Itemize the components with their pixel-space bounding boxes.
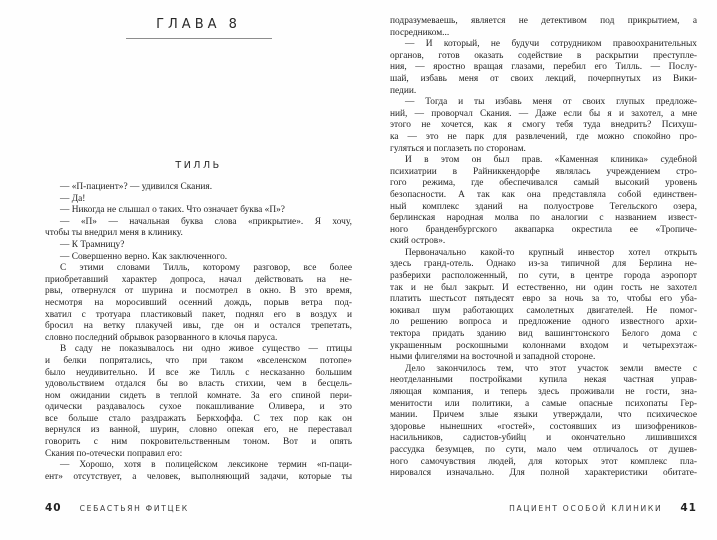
text-line: чтобы ты внедрил меня в клинику.: [45, 228, 352, 240]
text-line: — К Трамницу?: [45, 240, 352, 252]
right-page-number: 41: [680, 502, 697, 514]
paragraph: Дело закончилось тем, что этот участок з…: [390, 364, 697, 480]
text-line: менитости или политики, а самые опасные …: [390, 399, 697, 411]
paragraph: — Никогда не слышал о таких. Что означае…: [45, 205, 352, 217]
text-line: гуляться и поглазеть по сторонам.: [390, 144, 697, 156]
text-line: вернулся из ванной, шурин, словно опекая…: [45, 425, 352, 437]
text-line: ка — это не парк для развлечений, где мо…: [390, 132, 697, 144]
text-line: было неудивительно. И все же Тилль с нес…: [45, 368, 352, 380]
chapter-heading: Глава 8: [45, 17, 352, 39]
text-line: посредником...: [390, 28, 697, 40]
text-line: разберихи расположенный, по сути, в цент…: [390, 271, 697, 283]
text-line: платить шестьсот пятьдесят евро за ночь …: [390, 294, 697, 306]
left-page-body-text: — «П-пациент»? — удивился Скания.— Да!— …: [45, 182, 352, 483]
paragraph: — К Трамницу?: [45, 240, 352, 252]
text-line: говорить с ним покровительственным тоном…: [45, 437, 352, 449]
text-line: словно последний обрывок разорванного в …: [45, 333, 352, 345]
text-line: и белки попрятались, что при таком «всел…: [45, 356, 352, 368]
text-line: шай, избавь меня от своих лекций, почерп…: [390, 74, 697, 86]
text-line: психиатрии в Райниккендорфе являлась учр…: [390, 167, 697, 179]
text-line: — И который, не будучи сотрудником право…: [390, 39, 697, 51]
text-line: — Хорошо, хотя в полицейском лексиконе т…: [45, 460, 352, 472]
text-line: ного бранденбургского аквапарка окрестил…: [390, 225, 697, 237]
text-line: берлинская народная молва по аналогии с …: [390, 213, 697, 225]
text-line: нировался изначально. Для полной характе…: [390, 468, 697, 480]
text-line: — «П-пациент»? — удивился Скания.: [45, 182, 352, 194]
text-line: — Никогда не слышал о таких. Что означае…: [45, 205, 352, 217]
text-line: бросил на ветку плакучей ивы, где он и о…: [45, 321, 352, 333]
text-line: здесь гранд-отель. Однако из-за типичной…: [390, 259, 697, 271]
text-line: подразумеваешь, является не детективом п…: [390, 16, 697, 28]
page-left: Глава 8 Тилль — «П-пациент»? — удивился …: [45, 0, 352, 540]
paragraph: Первоначально какой-то крупный инвестор …: [390, 248, 697, 364]
text-line: одически раздавалось сухое покашливание …: [45, 402, 352, 414]
text-line: ло решению вопроса и предложение одного …: [390, 317, 697, 329]
paragraph: С этими словами Тилль, которому разговор…: [45, 263, 352, 344]
text-line: ний, — проворчал Скания. — Даже если бы …: [390, 109, 697, 121]
text-line: мании. Причем злые языки утверждали, что…: [390, 410, 697, 422]
text-line: украшенным роскошными колоннами входом и…: [390, 341, 697, 353]
right-page-body-text: подразумеваешь, является не детективом п…: [390, 16, 697, 480]
text-line: — Тогда и ты избавь меня от своих глупых…: [390, 97, 697, 109]
text-line: удовольствием отдался бы во власть стихи…: [45, 379, 352, 391]
section-title: Тилль: [45, 160, 352, 171]
chapter-title: Глава 8: [45, 17, 352, 32]
text-line: ния, — яростно вращая глазами, перебил е…: [390, 62, 697, 74]
text-line: рассудка безумцев, по сути, мало чем отл…: [390, 445, 697, 457]
text-line: С этими словами Тилль, которому разговор…: [45, 263, 352, 275]
text-line: приобретавший характер допроса, начал де…: [45, 275, 352, 287]
text-line: ного самочувствия людей, для которых это…: [390, 457, 697, 469]
text-line: рвы, отвернулся от шурина и посмотрел в …: [45, 286, 352, 298]
left-running-title: Себастьян Фитцек: [80, 504, 189, 513]
right-page-footer: Пациент особой клиники 41: [390, 502, 697, 514]
text-line: Скания по-отечески поправил его:: [45, 449, 352, 461]
paragraph: — Да!: [45, 194, 352, 206]
paragraph: В саду не показывалось ни одно живое сущ…: [45, 344, 352, 460]
chapter-rule-divider: [126, 38, 272, 39]
text-line: ными флигелями на восточной и западной с…: [390, 352, 697, 364]
text-line: В саду не показывалось ни одно живое сущ…: [45, 344, 352, 356]
text-line: неотделанными постройками купила некая ч…: [390, 375, 697, 387]
text-line: — Да!: [45, 194, 352, 206]
text-line: здоровье нынешних «гостей», состоявших и…: [390, 422, 697, 434]
text-line: Первоначально какой-то крупный инвестор …: [390, 248, 697, 260]
text-line: так и не был закрыт. И естественно, ни о…: [390, 283, 697, 295]
left-page-number: 40: [45, 502, 62, 514]
paragraph: подразумеваешь, является не детективом п…: [390, 16, 697, 39]
paragraph: — «П» — начальная буква слова «прикрытие…: [45, 217, 352, 240]
text-line: ном ожидании сидеть в теплой комнате. За…: [45, 391, 352, 403]
text-line: все больше стало раздражать Беркхоффа. С…: [45, 414, 352, 426]
text-line: — Совершенно верно. Как заключенного.: [45, 252, 352, 264]
text-line: тектора придать зданию вид вашингтонског…: [390, 329, 697, 341]
text-line: педии.: [390, 86, 697, 98]
text-line: насильников, садистов-убийц и окончатель…: [390, 433, 697, 445]
paragraph: — Хорошо, хотя в полицейском лексиконе т…: [45, 460, 352, 483]
paragraph: — И который, не будучи сотрудником право…: [390, 39, 697, 97]
text-line: — «П» — начальная буква слова «прикрытие…: [45, 217, 352, 229]
paragraph: — Совершенно верно. Как заключенного.: [45, 252, 352, 264]
paragraph: — «П-пациент»? — удивился Скания.: [45, 182, 352, 194]
text-line: ский остров».: [390, 236, 697, 248]
paragraph: — Тогда и ты избавь меня от своих глупых…: [390, 97, 697, 155]
text-line: юкивал шум работающих самолетных двигате…: [390, 306, 697, 318]
right-running-title: Пациент особой клиники: [509, 504, 662, 513]
text-line: И в этом он был прав. «Каменная клиника»…: [390, 155, 697, 167]
text-line: несмотря на моросивший осенний дождь, по…: [45, 298, 352, 310]
left-page-footer: 40 Себастьян Фитцек: [45, 502, 352, 514]
text-line: этого не хочется, как я смогу тебя туда …: [390, 120, 697, 132]
book-spread: Глава 8 Тилль — «П-пациент»? — удивился …: [0, 0, 717, 540]
text-line: ный комплекс зданий на полуострове Тегел…: [390, 202, 697, 214]
text-line: хватил с тротуара пластиковый пакет, под…: [45, 310, 352, 322]
text-line: органов, готов оказать содействие в раск…: [390, 51, 697, 63]
text-line: гого режима, где обеспечивался самый выс…: [390, 178, 697, 190]
paragraph: И в этом он был прав. «Каменная клиника»…: [390, 155, 697, 248]
text-line: ляющая компания, и теперь здесь проживал…: [390, 387, 697, 399]
text-line: Дело закончилось тем, что этот участок з…: [390, 364, 697, 376]
page-right: подразумеваешь, является не детективом п…: [390, 0, 697, 540]
text-line: ент» отсутствует, а человек, выполняющий…: [45, 472, 352, 484]
text-line: безопасности. А так как она представляла…: [390, 190, 697, 202]
